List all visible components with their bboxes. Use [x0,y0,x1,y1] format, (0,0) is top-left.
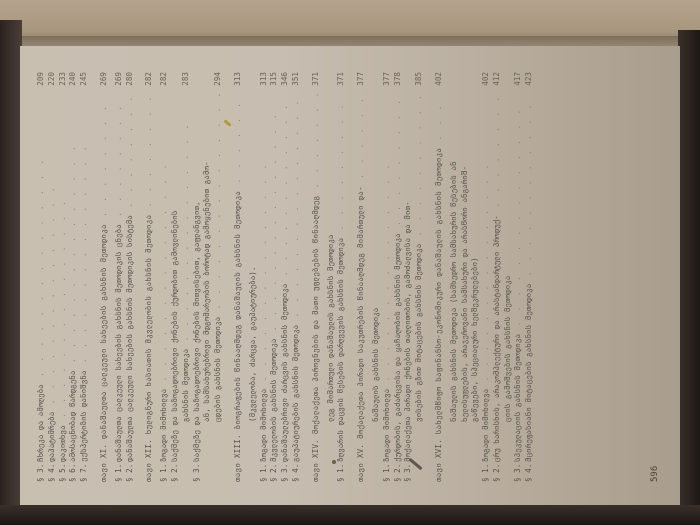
toc-section-entry: § 3.ჩხრეკა და ამოღება . . . . . . . . . … [36,72,47,482]
toc-chapter-heading: თავი XVI. სახელმწიფო საფინანსო-ეკონომიკუ… [434,72,445,482]
section-mark: § 3. [192,462,203,482]
section-mark: § 3. [403,462,414,482]
leader-dots: . . . . . . . . . . . . . . . [492,94,501,215]
toc-page-number: 385 [414,72,425,94]
toc-page-number: 377 [382,72,393,94]
section-mark: § 2. [492,462,503,482]
page-number: 596 [650,466,661,482]
toc-continuation-line: ხელისუფლების, არაჯეროვანი სამსახური და ა… [460,72,471,482]
section-mark: § 1. [114,462,125,482]
toc-section-entry: § 3.დანაშაულებრივი ძარცვის გახსნის მეთოდ… [280,72,291,482]
section-mark: § 1. [259,462,270,482]
leader-dots: . . . . . . . . . . . . . . . [213,94,222,317]
toc-entry-text: ვისების გზით მიტაცების გახსნის მეთოდიკა … [414,94,425,422]
toc-section-entry: § 3.სპეკულაციის გახსნის მეთოდიკა . . . .… [513,72,524,482]
toc-chapter-heading: თავი XI. დანაშაულთა ცალკეული სახეების გა… [99,72,110,482]
toc-page-number: 280 [125,72,136,94]
toc-continuation-line: გახსნის მეთოდიკა . . . . . . . . . . . .… [181,72,192,482]
section-mark: § 6. [68,462,79,482]
leader-dots: . . . . . . . . . . . . . . . [291,98,300,325]
table-of-contents: § 3.ჩხრეკა და ამოღება . . . . . . . . . … [36,72,535,482]
toc-entry-text: ან, სამსახურებრივი მდგომარეობის ბოროტად … [202,94,213,422]
toc-continuation-line: გაწევები, სპეციალური ხელშეკრულებები) [470,72,481,482]
toc-page-number: 233 [58,72,69,94]
book-bottom-edge [0,505,700,525]
toc-section-entry: § 6.ამოსაცნობად წარდგენა . . . . . . . .… [68,72,79,482]
toc-section-entry: § 2.ქურდობის, გაძარცვისა და ყაჩაღობის გა… [393,72,404,482]
section-mark: § 3. [36,462,47,482]
toc-entry-text: ცდების გახსნის მეთოდიკა . . . . . . . . … [213,94,224,422]
toc-section-entry: § 4.მცირეფასიანი მიტაცების გახსნის მეთოდ… [524,72,535,482]
section-mark: § 4. [524,462,535,482]
toc-entry-text: § 1.დანაშაულთა ცალკეული სახეების გახსნის… [114,94,125,482]
toc-page-number: 371 [311,72,322,94]
toc-continuation-line: ან, სამსახურებრივი მდგომარეობის ბოროტად … [202,72,213,482]
section-mark: § 2. [170,462,181,482]
toc-page-number: 245 [79,72,90,94]
leader-dots: . . . . . . . . . . . . . . . [356,94,365,186]
toc-section-entry: § 3.მოქალაქეთა პირადი ქონების თაღლითობის… [403,72,414,482]
leader-dots: . . . . . . . . . . . . . . . [269,111,278,338]
leader-dots: . . . . . . . . . . . . . . . [311,94,320,196]
toc-entry-text: § 5.დაკითხვა . . . . . . . . . . . . . .… [58,94,69,482]
toc-page-number: 378 [393,72,404,94]
toc-page-number: 371 [336,72,347,94]
toc-entry-text: ნაშაულის გახსნის მეთოდიკა (სამხედრო სამს… [449,94,460,422]
book-page: § 3.ჩხრეკა და ამოღება . . . . . . . . . … [20,46,680,512]
leader-dots: . . . . . . . . . . . . . . . [513,107,522,334]
leader-dots: . . . . . . . . . . . . . . . [159,162,168,389]
toc-section-entry: § 1.ზოგადი მიმოხილვა . . . . . . . . . .… [159,72,170,482]
toc-chapter-heading: თავი XV. მოქალაქეთა პირადი საკუთრების წი… [356,72,367,482]
toc-page-number: 377 [356,72,367,94]
toc-continuation-line: ცდების გახსნის მეთოდიკა . . . . . . . . … [213,72,224,482]
toc-section-entry: § 4.გაუპატიურების გახსნის მეთოდიკა . . .… [291,72,302,482]
toc-entry-text: ლეგ მიმართული დანაშაულის გახსნის მეთოდიკ… [326,94,337,422]
toc-entry-text: თავი XIV. მოქალაქეთა პიროვნების და მათი … [311,94,322,482]
toc-continuation-line: (მკვლელობა, ძარცვა, გაუპატიურება). [248,72,259,482]
section-mark: § 5. [58,462,69,482]
toc-continuation-line: ვისების გზით მიტაცების გახსნის მეთოდიკა … [414,72,425,482]
leader-dots: . . . . . . . . . . . . . . . [382,162,391,389]
toc-entry-text: § 4.დაპატიმრება . . . . . . . . . . . . … [47,94,58,482]
toc-section-entry: § 1.ზოგადი მიმოხილვა . . . . . . . . . .… [259,72,270,482]
toc-entry-text: (მკვლელობა, ძარცვა, გაუპატიურება). [248,94,259,422]
leader-dots: . . . . . . . . . . . . . . . [114,94,123,224]
toc-page-number: 313 [259,72,270,94]
toc-entry-text: ნაშაულის გახსნის მეთოდიკა [371,94,382,422]
right-book-edge [678,30,700,525]
toc-continuation-line: ნაშაულის გახსნის მეთოდიკა (სამხედრო სამს… [449,72,460,482]
toc-continuation-line: ლეგ მიმართული დანაშაულის გახსნის მეთოდიკ… [326,72,337,482]
toc-page-number: 240 [68,72,79,94]
leader-dots: . . . . . . . . . . . . . . . [280,94,289,284]
toc-section-entry: § 2.საქმეზე და საზოგადოებრივი ქონების ქუ… [170,72,181,482]
toc-page-number: 346 [280,72,291,94]
toc-entry-text: § 3.დანაშაულებრივი ძარცვის გახსნის მეთოდ… [280,94,291,482]
leader-dots: . . . . . . . . . . . . . . . [68,143,77,370]
toc-entry-text: § 1.ზოგადი მიმოხილვა . . . . . . . . . .… [259,94,270,482]
toc-section-entry: § 2.დანაშაულთა ცალკეული სახეების გახსნის… [125,72,136,482]
toc-entry-text: გახსნის მეთოდიკა . . . . . . . . . . . .… [181,94,192,422]
toc-continuation-line: ნაშაულის გახსნის მეთოდიკა [371,72,382,482]
leader-dots: . . . . . . . . . . . . . . . [99,94,108,224]
rotated-content: § 3.ჩხრეკა და ამოღება . . . . . . . . . … [20,46,680,512]
toc-chapter-heading: თავი XII. ხულიგნური ხასიათის მკვლელობის … [144,72,155,482]
toc-page-number: 269 [99,72,110,94]
leader-dots: . . . . . . . . . . . . . . . [58,198,67,425]
toc-entry-text: § 6.ამოსაცნობად წარდგენა . . . . . . . .… [68,94,79,482]
section-mark: § 2. [269,462,280,482]
toc-chapter-heading: თავი XIV. მოქალაქეთა პიროვნების და მათი … [311,72,322,482]
leader-dots: . . . . . . . . . . . . . . . [125,94,134,215]
toc-entry-text: § 2.ცრუ ხარისხის, არაკომპლექტური და არას… [492,94,503,482]
toc-chapter-heading: თავი XIII. ბიოგრაფების წინააღმდეგ დანაშა… [233,72,244,482]
toc-entry-text: თავი XVI. სახელმწიფო საფინანსო-ეკონომიკუ… [434,94,445,482]
section-mark: § 4. [47,462,58,482]
leader-dots: . . . . . . . . . . . . . . . [481,162,490,389]
toc-page-number: 269 [114,72,125,94]
toc-entry-text: § 3.მოქალაქეთა პირადი ქონების თაღლითობის… [403,94,414,482]
toc-page-number: 313 [233,72,244,94]
toc-entry-text: თავი XI. დანაშაულთა ცალკეული სახეების გა… [99,94,110,482]
toc-section-entry: § 1.ზოგადი მიმოხილვა . . . . . . . . . .… [382,72,393,482]
toc-page-number: 402 [434,72,445,94]
toc-entry-text: § 2.დანაშაულთა ცალკეული სახეების გახსნის… [125,94,136,482]
toc-page-number: 315 [269,72,280,94]
leader-dots: . . . . . . . . . . . . . . . [144,94,153,215]
section-mark: § 2. [393,462,404,482]
toc-entry-text: თავი XII. ხულიგნური ხასიათის მკვლელობის … [144,94,155,482]
toc-page-number: 209 [36,72,47,94]
toc-section-entry: § 7.ექსპერტიზის დანიშვნა . . . . . . . .… [79,72,90,482]
toc-section-entry: § 2.ცრუ ხარისხის, არაკომპლექტური და არას… [492,72,503,482]
toc-entry-text: § 2.მკვლელობის გახსნის მეთოდიკა . . . . … [269,94,280,482]
leader-dots: . . . . . . . . . . . . . . . [336,94,345,238]
toc-section-entry: § 1.ზღვარის დაცვის წესების დარღვევის გახ… [336,72,347,482]
toc-page-number: 294 [213,72,224,94]
leader-dots: . . . . . . . . . . . . . . . [259,162,268,389]
toc-page-number: 282 [144,72,155,94]
toc-section-entry: § 1.დანაშაულთა ცალკეული სახეების გახსნის… [114,72,125,482]
toc-entry-text: § 1.ზოგადი მიმოხილვა . . . . . . . . . .… [481,94,492,482]
section-mark: § 1. [159,462,170,482]
toc-entry-text: § 2.ქურდობის, გაძარცვისა და ყაჩაღობის გა… [393,94,404,482]
toc-page-number: 412 [492,72,503,94]
toc-page-number: 417 [513,72,524,94]
leader-dots: . . . . . . . . . . . . . . . [414,94,423,244]
leader-dots: . . . . . . . . . . . . . . . [524,94,533,284]
toc-entry-text: თავი XIII. ბიოგრაფების წინააღმდეგ დანაშა… [233,94,244,482]
toc-entry-text: § 4.მცირეფასიანი მიტაცების გახსნის მეთოდ… [524,94,535,482]
toc-section-entry: § 1.ზოგადი მიმოხილვა . . . . . . . . . .… [481,72,492,482]
toc-section-entry: § 4.დაპატიმრება . . . . . . . . . . . . … [47,72,58,482]
toc-entry-text: § 1.ზოგადი მიმოხილვა . . . . . . . . . .… [382,94,393,482]
toc-page-number: 423 [524,72,535,94]
leader-dots: . . . . . . . . . . . . . . . [181,122,190,349]
toc-entry-text: § 3.სპეკულაციის გახსნის მეთოდიკა . . . .… [513,94,524,482]
toc-entry-text: ხელისუფლების, არაჯეროვანი სამსახური და ა… [460,94,471,422]
toc-entry-text: § 7.ექსპერტიზის დანიშვნა . . . . . . . .… [79,94,90,482]
leader-dots: . . . . . . . . . . . . . . . [233,94,242,191]
toc-entry-text: § 2.საქმეზე და საზოგადოებრივი ქონების ქუ… [170,94,181,482]
toc-page-number: 220 [47,72,58,94]
section-mark: § 1. [382,462,393,482]
toc-section-entry: § 5.დაკითხვა . . . . . . . . . . . . . .… [58,72,69,482]
section-mark: § 7. [79,462,90,482]
toc-entry-text: გაწევები, სპეციალური ხელშეკრულებები) [470,94,481,422]
toc-section-entry: § 2.მკვლელობის გახსნის მეთოდიკა . . . . … [269,72,280,482]
leader-dots: . . . . . . . . . . . . . . . [393,94,402,233]
toc-page-number: 402 [481,72,492,94]
paper-stain [332,460,336,464]
toc-entry-text: § 1.ზღვარის დაცვის წესების დარღვევის გახ… [336,94,347,482]
toc-entry-text: ციის გამოშვების გახსნის მეთოდიკა [503,94,514,422]
leader-dots: . . . . . . . . . . . . . . . [36,157,45,384]
toc-page-number: 282 [159,72,170,94]
toc-entry-text: § 3.საქმეზე და საზოგადოებრივი ქონების მი… [192,94,203,482]
section-mark: § 2. [125,462,136,482]
section-mark: § 3. [513,462,524,482]
leader-dots: . . . . . . . . . . . . . . . [47,185,56,412]
toc-page-number: 283 [181,72,192,94]
left-book-edge [0,20,22,525]
leader-dots: . . . . . . . . . . . . . . . [79,143,88,370]
section-mark: § 3. [280,462,291,482]
toc-entry-text: § 3.ჩხრეკა და ამოღება . . . . . . . . . … [36,94,47,482]
section-mark: § 1. [336,462,347,482]
section-mark: § 1. [481,462,492,482]
toc-continuation-line: ციის გამოშვების გახსნის მეთოდიკა [503,72,514,482]
toc-section-entry: § 3.საქმეზე და საზოგადოებრივი ქონების მი… [192,72,203,482]
section-mark: § 4. [291,462,302,482]
toc-entry-text: § 1.ზოგადი მიმოხილვა . . . . . . . . . .… [159,94,170,482]
toc-entry-text: თავი XV. მოქალაქეთა პირადი საკუთრების წი… [356,94,367,482]
leader-dots: . . . . . . . . . . . . . . . [434,94,443,148]
toc-entry-text: § 4.გაუპატიურების გახსნის მეთოდიკა . . .… [291,94,302,482]
toc-page-number: 351 [291,72,302,94]
